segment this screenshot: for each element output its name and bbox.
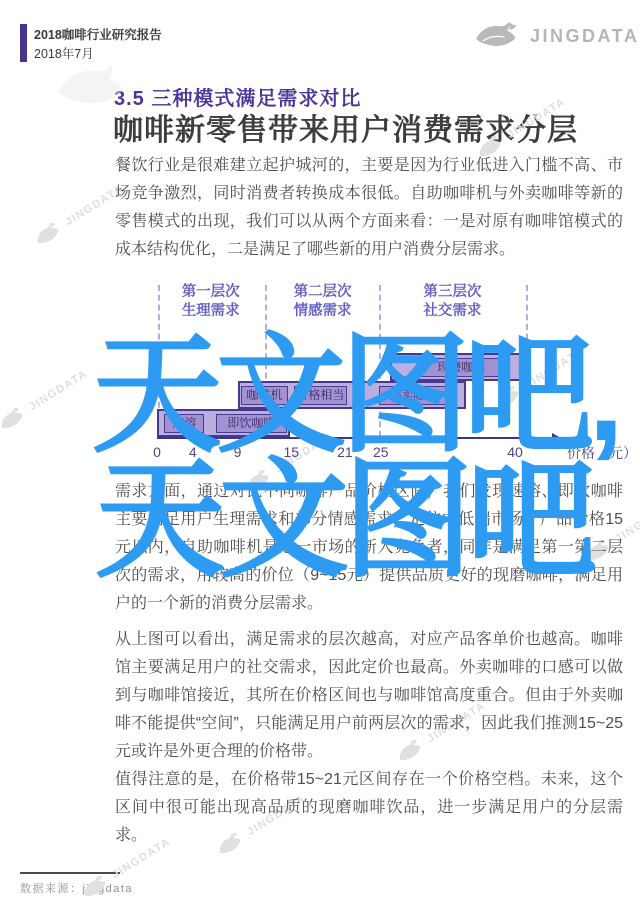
- paragraph-intro: 餐饮行业是很难建立起护城河的，主要是因为行业低进入门槛不高、市场竞争激烈，同时消…: [115, 152, 623, 264]
- blue-watermark-line2: 天文图吧: [95, 455, 591, 585]
- blue-watermark-line1: 天文图吧,: [92, 330, 618, 460]
- jingdata-watermark-tile: JINGDATA: [30, 179, 128, 250]
- jingdata-logo: JINGDATA: [474, 20, 639, 52]
- report-title: 2018咖啡行业研究报告: [34, 25, 162, 43]
- watermark-text: JINGDATA: [27, 368, 90, 413]
- report-date: 2018年7月: [34, 44, 94, 62]
- level-header: 第二层次情感需求: [294, 283, 352, 321]
- accent-bar: [20, 24, 27, 62]
- report-page: { "header": { "report_title": "2018咖啡行业研…: [0, 0, 640, 905]
- level-header: 第三层次社交需求: [423, 283, 481, 321]
- level-header: 第一层次生理需求: [182, 283, 240, 321]
- jingdata-watermark-tile: JINGDATA: [0, 364, 92, 435]
- paragraph-conclusion: 值得注意的是，在价格带15~21元区间存在一个价格空档。未来，这个区间中很可能出…: [115, 766, 623, 850]
- whale-icon: [474, 20, 522, 52]
- paragraph-analysis: 从上图可以看出，满足需求的层次越高，对应产品客单价也越高。咖啡馆主要满足用户的社…: [115, 626, 623, 766]
- brand-name: JINGDATA: [530, 26, 639, 47]
- whale-watermark-icon: [55, 62, 133, 117]
